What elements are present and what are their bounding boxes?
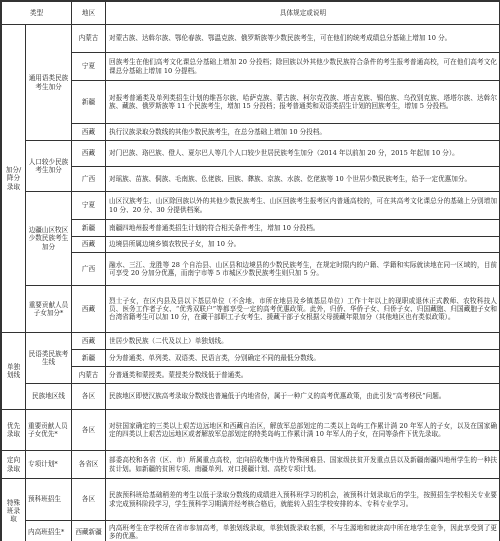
table-row: 单独划线 民语类民族考生线 西藏 世居少数民族（二代及以上）单独划线。	[2, 333, 500, 350]
region-cell: 各省区	[72, 451, 106, 479]
detail-cell: 南疆四地州报考普通类招生计划的符合相关条件考生，增加 10 分投档。	[106, 220, 500, 237]
subgroup-ethnic-region-line: 民族地区线	[26, 384, 72, 410]
table-row: 广西 融水、三江、龙胜等 28 个自治县、山区县和边境县的少数民族考生，在规定时…	[2, 253, 500, 286]
group-separate-line: 单独划线	[2, 333, 26, 410]
detail-cell: 回族考生在他们高考文化课总分基础上增加 20 分投档；除回族以外其他少数民族符合…	[106, 53, 500, 81]
region-cell: 广西	[72, 253, 106, 286]
detail-cell: 世居少数民族（二代及以上）单独划线。	[106, 333, 500, 350]
table-row: 西藏 执行汉族录取分数线的其他少数民族考生，在总分基础上增加 10 分投档。	[2, 124, 500, 141]
header-region: 地区	[72, 2, 106, 25]
region-cell: 各区	[72, 384, 106, 410]
table-row: 定向录取 专项计划* 各省区 部委高校和各省（区、市）所属重点高校，定向招收集中…	[2, 451, 500, 479]
region-cell: 西藏新疆	[72, 521, 106, 541]
subgroup-small-population: 人口较少民族考生加分	[26, 141, 72, 192]
detail-cell: 民族预科班给基础稍差的考生以低于录取分数线的成绩进入预科班学习的机会，被预科计划…	[106, 479, 500, 521]
subgroup-preparatory-class: 预科班招生	[26, 479, 72, 521]
group-special-class: 特殊班录取	[2, 479, 26, 541]
detail-cell: 对蒙古族、达斡尔族、鄂伦春族、鄂温克族、俄罗斯族等少数民族考生，可在他们的统考成…	[106, 25, 500, 53]
region-cell: 广西	[72, 167, 106, 192]
table-row: 加分/降分录取 通用语类民族考生加分 内蒙古 对蒙古族、达斡尔族、鄂伦春族、鄂温…	[2, 25, 500, 53]
subgroup-contribution-priority: 重要贡献人员子女优先*	[26, 410, 72, 451]
header-detail: 具体规定或说明	[106, 2, 500, 25]
region-cell: 各区	[72, 479, 106, 521]
detail-cell: 对瑶族、苗族、侗族、毛南族、仫佬族、回族、彝族、京族、水族、仡佬族等 10 个世…	[106, 167, 500, 192]
detail-cell: 对报考普通类及单列类招生计划的维吾尔族、哈萨克族、蒙古族、柯尔克孜族、塔吉克族、…	[106, 81, 500, 124]
detail-cell: 对驻国家确定的三类以上艰苦边远地区和西藏自治区，解放军总部划定的二类以上岛屿工作…	[106, 410, 500, 451]
subgroup-minority-language: 民语类民族考生线	[26, 333, 72, 384]
table-row: 人口较少民族考生加分 西藏 对门巴族、珞巴族、僜人、夏尔巴人等几个人口较少世居民…	[2, 141, 500, 167]
region-cell: 西藏	[72, 141, 106, 167]
table-row: 内高班招生* 西藏新疆 内高班考生在学校所在省市参加高考，单独划线录取，单独划拨…	[2, 521, 500, 541]
region-cell: 西藏	[72, 333, 106, 350]
table-row: 新疆 对报考普通类及单列类招生计划的维吾尔族、哈萨克族、蒙古族、柯尔克孜族、塔吉…	[2, 81, 500, 124]
table-header-row: 类型 地区 具体规定或说明	[2, 2, 500, 25]
region-cell: 新疆	[72, 350, 106, 367]
region-cell: 宁夏	[72, 192, 106, 220]
region-cell: 宁夏	[72, 53, 106, 81]
detail-cell: 边境县所属边境乡镇农牧民子女，加 10 分。	[106, 237, 500, 253]
detail-cell: 融水、三江、龙胜等 28 个自治县、山区县和边境县的少数民族考生，在规定时限内的…	[106, 253, 500, 286]
subgroup-contribution-children: 重要贡献人员子女加分*	[26, 286, 72, 333]
policy-table-container: 类型 地区 具体规定或说明 加分/降分录取 通用语类民族考生加分 内蒙古 对蒙古…	[0, 0, 500, 541]
region-cell: 各区	[72, 410, 106, 451]
region-cell: 新疆	[72, 220, 106, 237]
table-row: 宁夏 回族考生在他们高考文化课总分基础上增加 20 分投档；除回族以外其他少数民…	[2, 53, 500, 81]
subgroup-special-plan: 专项计划*	[26, 451, 72, 479]
subgroup-general-minority: 通用语类民族考生加分	[26, 25, 72, 141]
region-cell: 内蒙古	[72, 367, 106, 384]
group-bonus: 加分/降分录取	[2, 25, 26, 333]
table-row: 新疆 分为普通类、单列类、双语类、民语言类，分别确定不同的最低分数线。	[2, 350, 500, 367]
group-directed: 定向录取	[2, 451, 26, 479]
group-priority: 优先录取	[2, 410, 26, 451]
detail-cell: 对门巴族、珞巴族、僜人、夏尔巴人等几个人口较少世居民族考生加分（2014 年以前…	[106, 141, 500, 167]
detail-cell: 执行汉族录取分数线的其他少数民族考生，在总分基础上增加 10 分投档。	[106, 124, 500, 141]
detail-cell: 民族地区即使汉族高考录取分数线也普遍低于内地省份，属于一种广义的高考优惠政策，由…	[106, 384, 500, 410]
subgroup-inland-class: 内高班招生*	[26, 521, 72, 541]
subgroup-border-area: 边疆山区牧区少数民族考生加分	[26, 192, 72, 286]
region-cell: 西藏	[72, 124, 106, 141]
table-row: 重要贡献人员子女加分* 西藏 烈士子女，在区内县及县以下基层单位（不含地、市所在…	[2, 286, 500, 333]
detail-cell: 内高班考生在学校所在省市参加高考，单独划线录取，单独划拨录取名额，不与生源地和就…	[106, 521, 500, 541]
table-row: 西藏 边境县所属边境乡镇农牧民子女，加 10 分。	[2, 237, 500, 253]
table-row: 优先录取 重要贡献人员子女优先* 各区 对驻国家确定的三类以上艰苦边远地区和西藏…	[2, 410, 500, 451]
table-row: 内蒙古 分普通类和蒙授类。蒙授类分数线低于普通类。	[2, 367, 500, 384]
table-row: 边疆山区牧区少数民族考生加分 宁夏 山区汉族考生、山区除回族以外的其他少数民族考…	[2, 192, 500, 220]
detail-cell: 分普通类和蒙授类。蒙授类分数线低于普通类。	[106, 367, 500, 384]
table-row: 新疆 南疆四地州报考普通类招生计划的符合相关条件考生，增加 10 分投档。	[2, 220, 500, 237]
table-row: 特殊班录取 预科班招生 各区 民族预科班给基础稍差的考生以低于录取分数线的成绩进…	[2, 479, 500, 521]
policy-table: 类型 地区 具体规定或说明 加分/降分录取 通用语类民族考生加分 内蒙古 对蒙古…	[1, 1, 500, 541]
region-cell: 西藏	[72, 286, 106, 333]
region-cell: 西藏	[72, 237, 106, 253]
header-type: 类型	[2, 2, 72, 25]
detail-cell: 烈士子女，在区内县及县以下基层单位（不含地、市所在地县及乡镇基层单位）工作十年以…	[106, 286, 500, 333]
detail-cell: 部委高校和各省（区、市）所属重点高校，定向招收集中连片特殊困难县、国家级扶贫开发…	[106, 451, 500, 479]
table-row: 广西 对瑶族、苗族、侗族、毛南族、仫佬族、回族、彝族、京族、水族、仡佬族等 10…	[2, 167, 500, 192]
detail-cell: 山区汉族考生、山区除回族以外的其他少数民族考生、山区回族考生报考区内普通高校的，…	[106, 192, 500, 220]
detail-cell: 分为普通类、单列类、双语类、民语言类，分别确定不同的最低分数线。	[106, 350, 500, 367]
region-cell: 内蒙古	[72, 25, 106, 53]
region-cell: 新疆	[72, 81, 106, 124]
table-row: 民族地区线 各区 民族地区即使汉族高考录取分数线也普遍低于内地省份，属于一种广义…	[2, 384, 500, 410]
